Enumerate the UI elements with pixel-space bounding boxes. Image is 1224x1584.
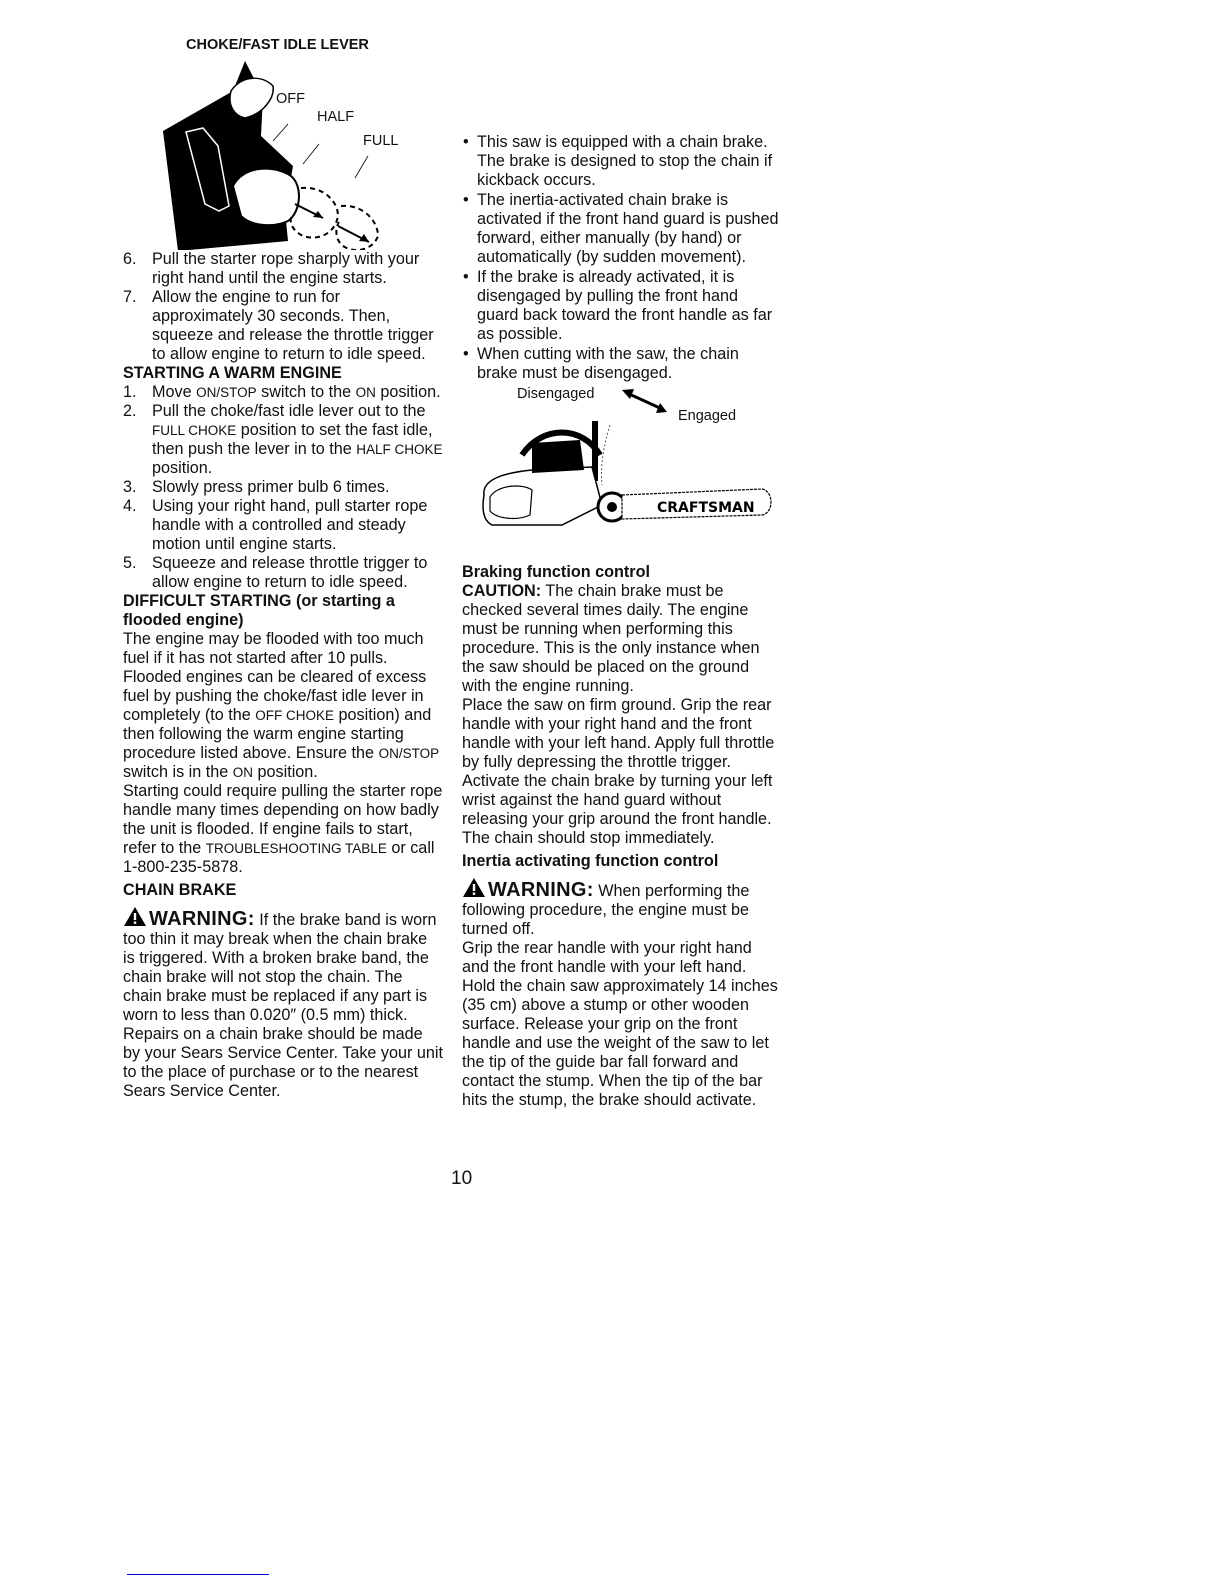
bullet-item: When cutting with the saw, the chain bra… [462, 345, 782, 383]
step-item: 6.Pull the starter rope sharply with you… [123, 250, 443, 288]
craftsman-logo: CRAFTSMAN [657, 500, 755, 516]
choke-lever-figure: CHOKE/FAST IDLE LEVER OFF HALF [123, 36, 443, 250]
bullet-item: The inertia-activated chain brake is act… [462, 191, 782, 267]
bullet-item: If the brake is already activated, it is… [462, 268, 782, 344]
full-label: FULL [363, 132, 398, 151]
chainsaw-brake-figure: Disengaged Engaged CRAFTSMAN [462, 385, 782, 555]
flooded-para-1: The engine may be flooded with too much … [123, 630, 443, 668]
caution-para: CAUTION: The chain brake must be checked… [462, 582, 782, 696]
left-column: CHOKE/FAST IDLE LEVER OFF HALF [123, 36, 443, 1101]
step-item: 4.Using your right hand, pull starter ro… [123, 497, 443, 554]
warm-engine-heading: STARTING A WARM ENGINE [123, 364, 443, 383]
braking-para: Place the saw on firm ground. Grip the r… [462, 696, 782, 848]
difficult-starting-heading: DIFFICULT STARTING (or starting a floode… [123, 592, 443, 630]
step-item: 5.Squeeze and release throttle trigger t… [123, 554, 443, 592]
flooded-para-3: Starting could require pulling the start… [123, 782, 443, 877]
page-number: 10 [451, 1168, 472, 1190]
chainsaw-illustration: CRAFTSMAN [462, 385, 782, 555]
warning-triangle-icon [462, 877, 486, 898]
half-label: HALF [317, 108, 354, 127]
step-item: 2.Pull the choke/fast idle lever out to … [123, 402, 443, 478]
cold-start-steps: 6.Pull the starter rope sharply with you… [123, 250, 443, 364]
inertia-control-heading: Inertia activating function control [462, 852, 782, 871]
warning-triangle-icon [123, 906, 147, 927]
bullet-item: This saw is equipped with a chain brake.… [462, 133, 782, 190]
chain-brake-heading: CHAIN BRAKE [123, 881, 443, 900]
off-label: OFF [276, 90, 305, 109]
inertia-para: Grip the rear handle with your right han… [462, 939, 782, 1110]
right-column: This saw is equipped with a chain brake.… [462, 36, 782, 1110]
inertia-warning: WARNING: When performing the following p… [462, 877, 782, 939]
flooded-para-2: Flooded engines can be cleared of excess… [123, 668, 443, 782]
blue-rule-line [127, 1574, 269, 1575]
chain-brake-warning: WARNING: If the brake band is worn too t… [123, 906, 443, 1101]
braking-control-heading: Braking function control [462, 563, 782, 582]
warm-start-steps: 1.Move ON/STOP switch to the ON position… [123, 383, 443, 592]
step-item: 7.Allow the engine to run for approximat… [123, 288, 443, 364]
chain-brake-bullets: This saw is equipped with a chain brake.… [462, 133, 782, 383]
step-item: 3.Slowly press primer bulb 6 times. [123, 478, 443, 497]
step-item: 1.Move ON/STOP switch to the ON position… [123, 383, 443, 402]
